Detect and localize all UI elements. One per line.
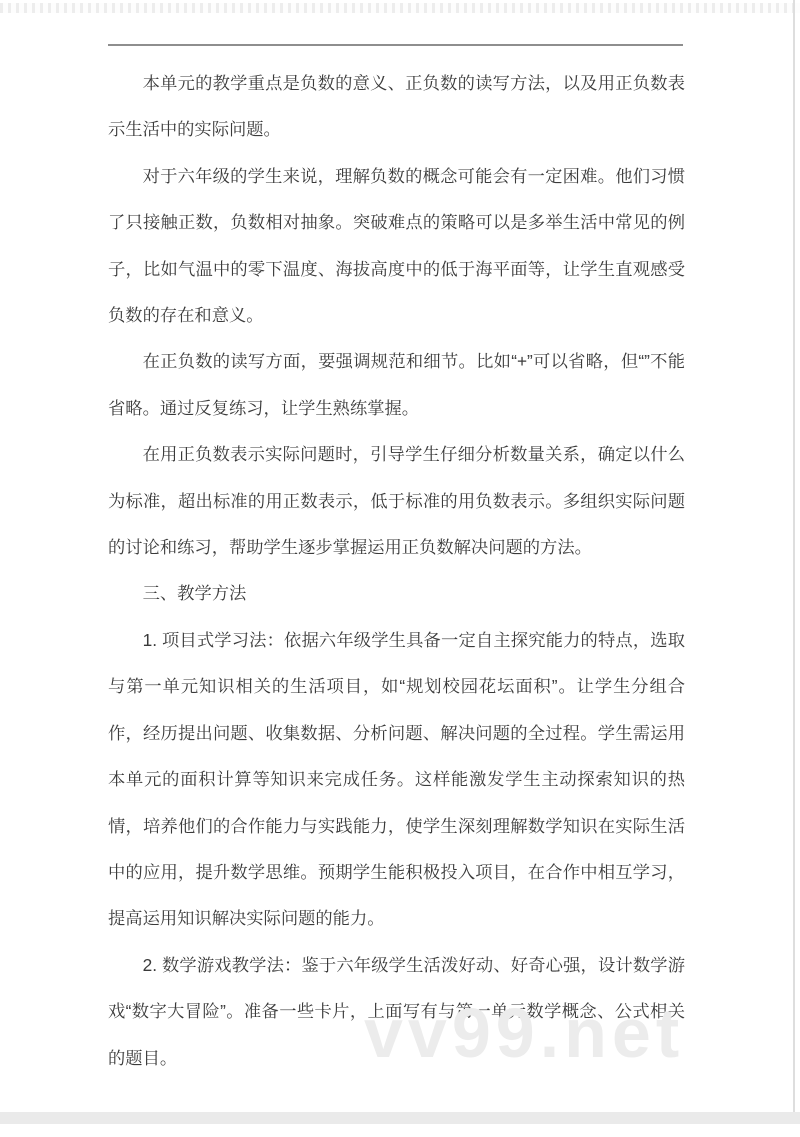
- watermark-text: vv99.net: [364, 993, 684, 1073]
- body-paragraph: 本单元的教学重点是负数的意义、正负数的读写方法，以及用正负数表示生活中的实际问题…: [108, 60, 685, 153]
- page-right-edge-line: [793, 0, 795, 1112]
- body-paragraph: 在正负数的读写方面，要强调规范和细节。比如“+”可以省略，但“”不能省略。通过反…: [108, 338, 685, 431]
- top-divider-line: [108, 44, 683, 46]
- document-body: 本单元的教学重点是负数的意义、正负数的读写方法，以及用正负数表示生活中的实际问题…: [108, 60, 685, 1081]
- body-paragraph: 在用正负数表示实际问题时，引导学生仔细分析数量关系，确定以什么为标准，超出标准的…: [108, 431, 685, 570]
- document-page: 本单元的教学重点是负数的意义、正负数的读写方法，以及用正负数表示生活中的实际问题…: [0, 0, 800, 1137]
- body-paragraph: 1. 项目式学习法：依据六年级学生具备一定自主探究能力的特点，选取与第一单元知识…: [108, 617, 685, 942]
- page-gap-strip: [0, 1112, 800, 1124]
- perforation-dotted-line: [0, 3, 800, 13]
- body-paragraph: 对于六年级的学生来说，理解负数的概念可能会有一定困难。他们习惯了只接触正数，负数…: [108, 153, 685, 339]
- section-heading: 三、教学方法: [108, 570, 685, 616]
